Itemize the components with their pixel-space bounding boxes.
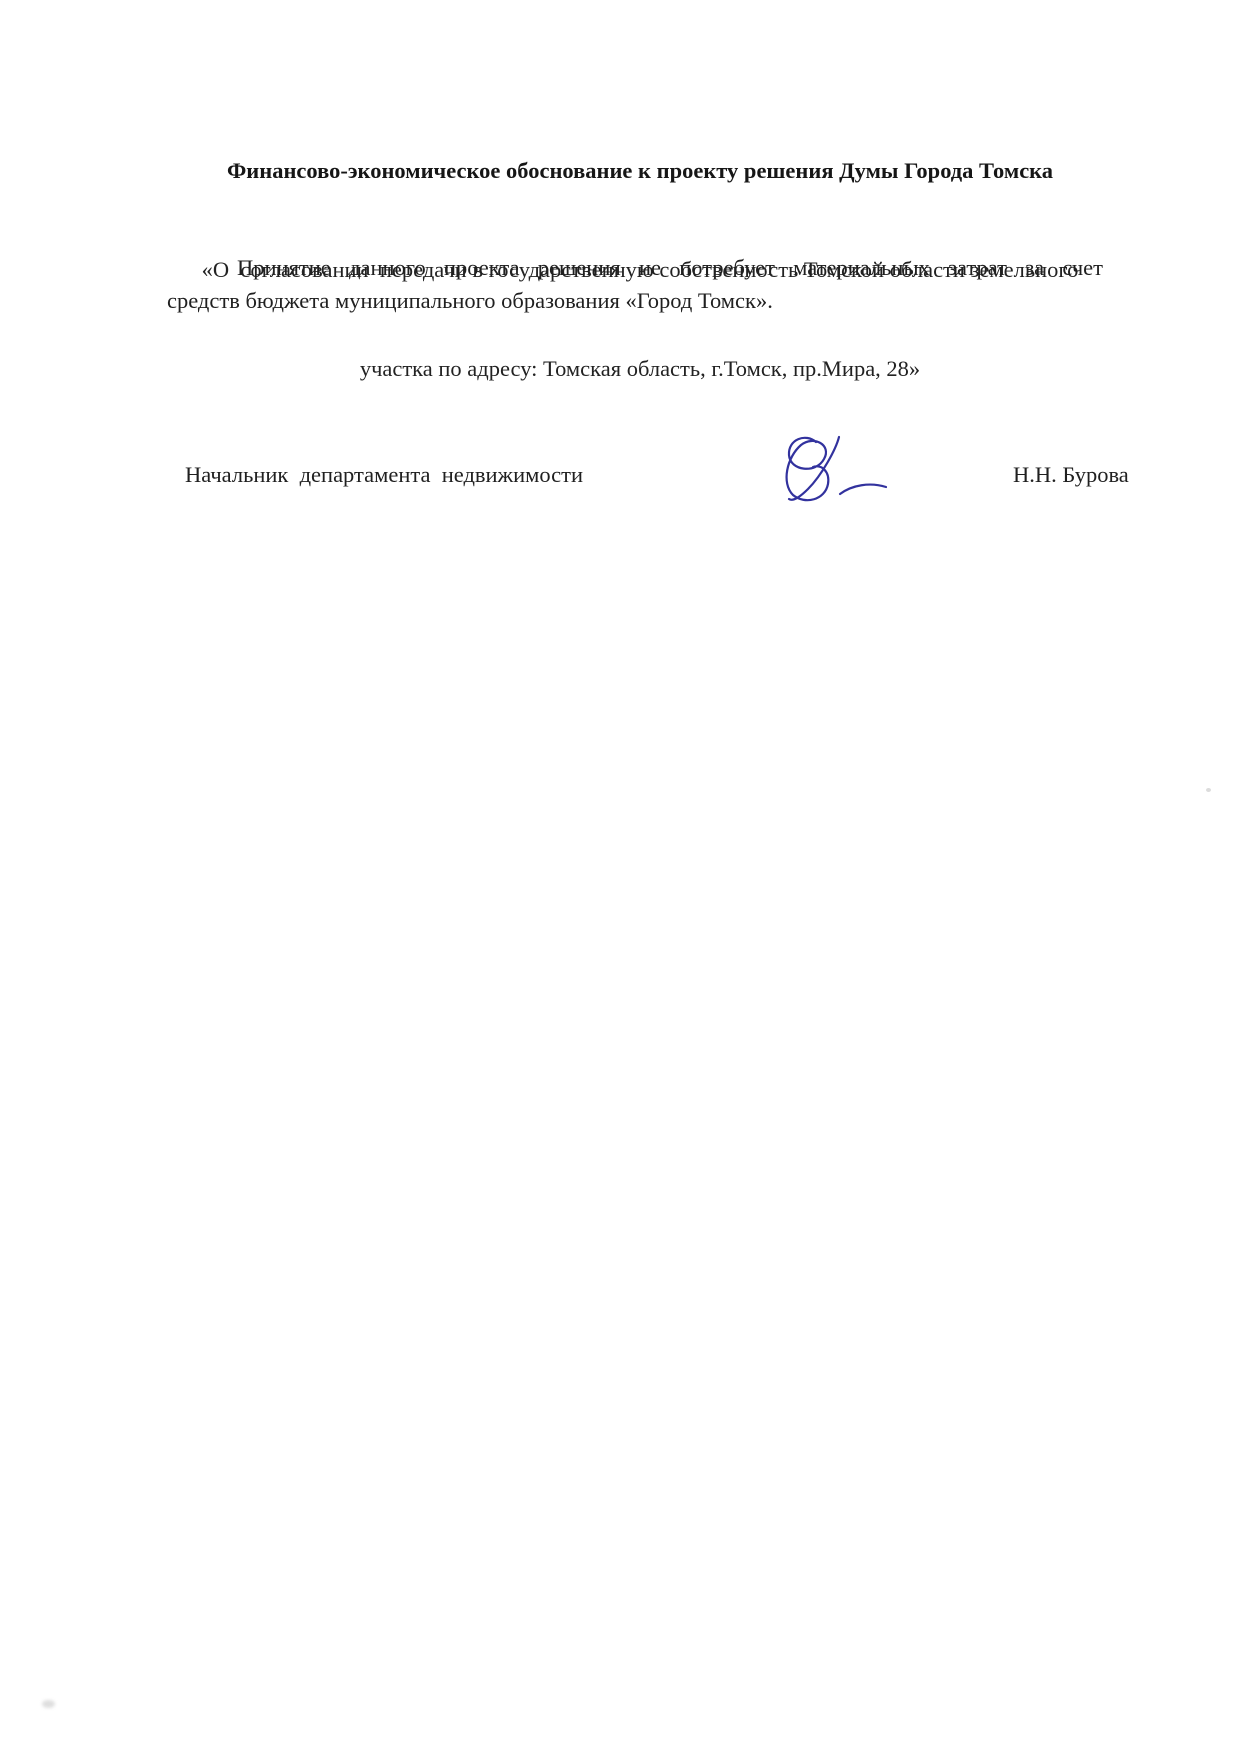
- title-line-1: Финансово-экономическое обоснование к пр…: [170, 154, 1110, 187]
- document-page: Финансово-экономическое обоснование к пр…: [0, 0, 1240, 1753]
- title-line-3: участка по адресу: Томская область, г.То…: [170, 352, 1110, 385]
- signer-name: Н.Н. Бурова: [1013, 460, 1129, 490]
- handwritten-signature-icon: [772, 430, 892, 512]
- signature-row: Начальник департамента недвижимости Н.Н.…: [0, 455, 1240, 545]
- signature-ink-group: [787, 437, 886, 500]
- scan-artifact-smudge: [42, 1700, 55, 1708]
- body-paragraph-line-1: Принятие данного проекта решения не потр…: [167, 252, 1103, 285]
- body-paragraph: Принятие данного проекта решения не потр…: [167, 252, 1103, 317]
- signer-position-label: Начальник департамента недвижимости: [185, 460, 583, 490]
- body-paragraph-line-2: средств бюджета муниципального образован…: [167, 285, 1103, 318]
- scan-artifact-dot: [1206, 788, 1211, 792]
